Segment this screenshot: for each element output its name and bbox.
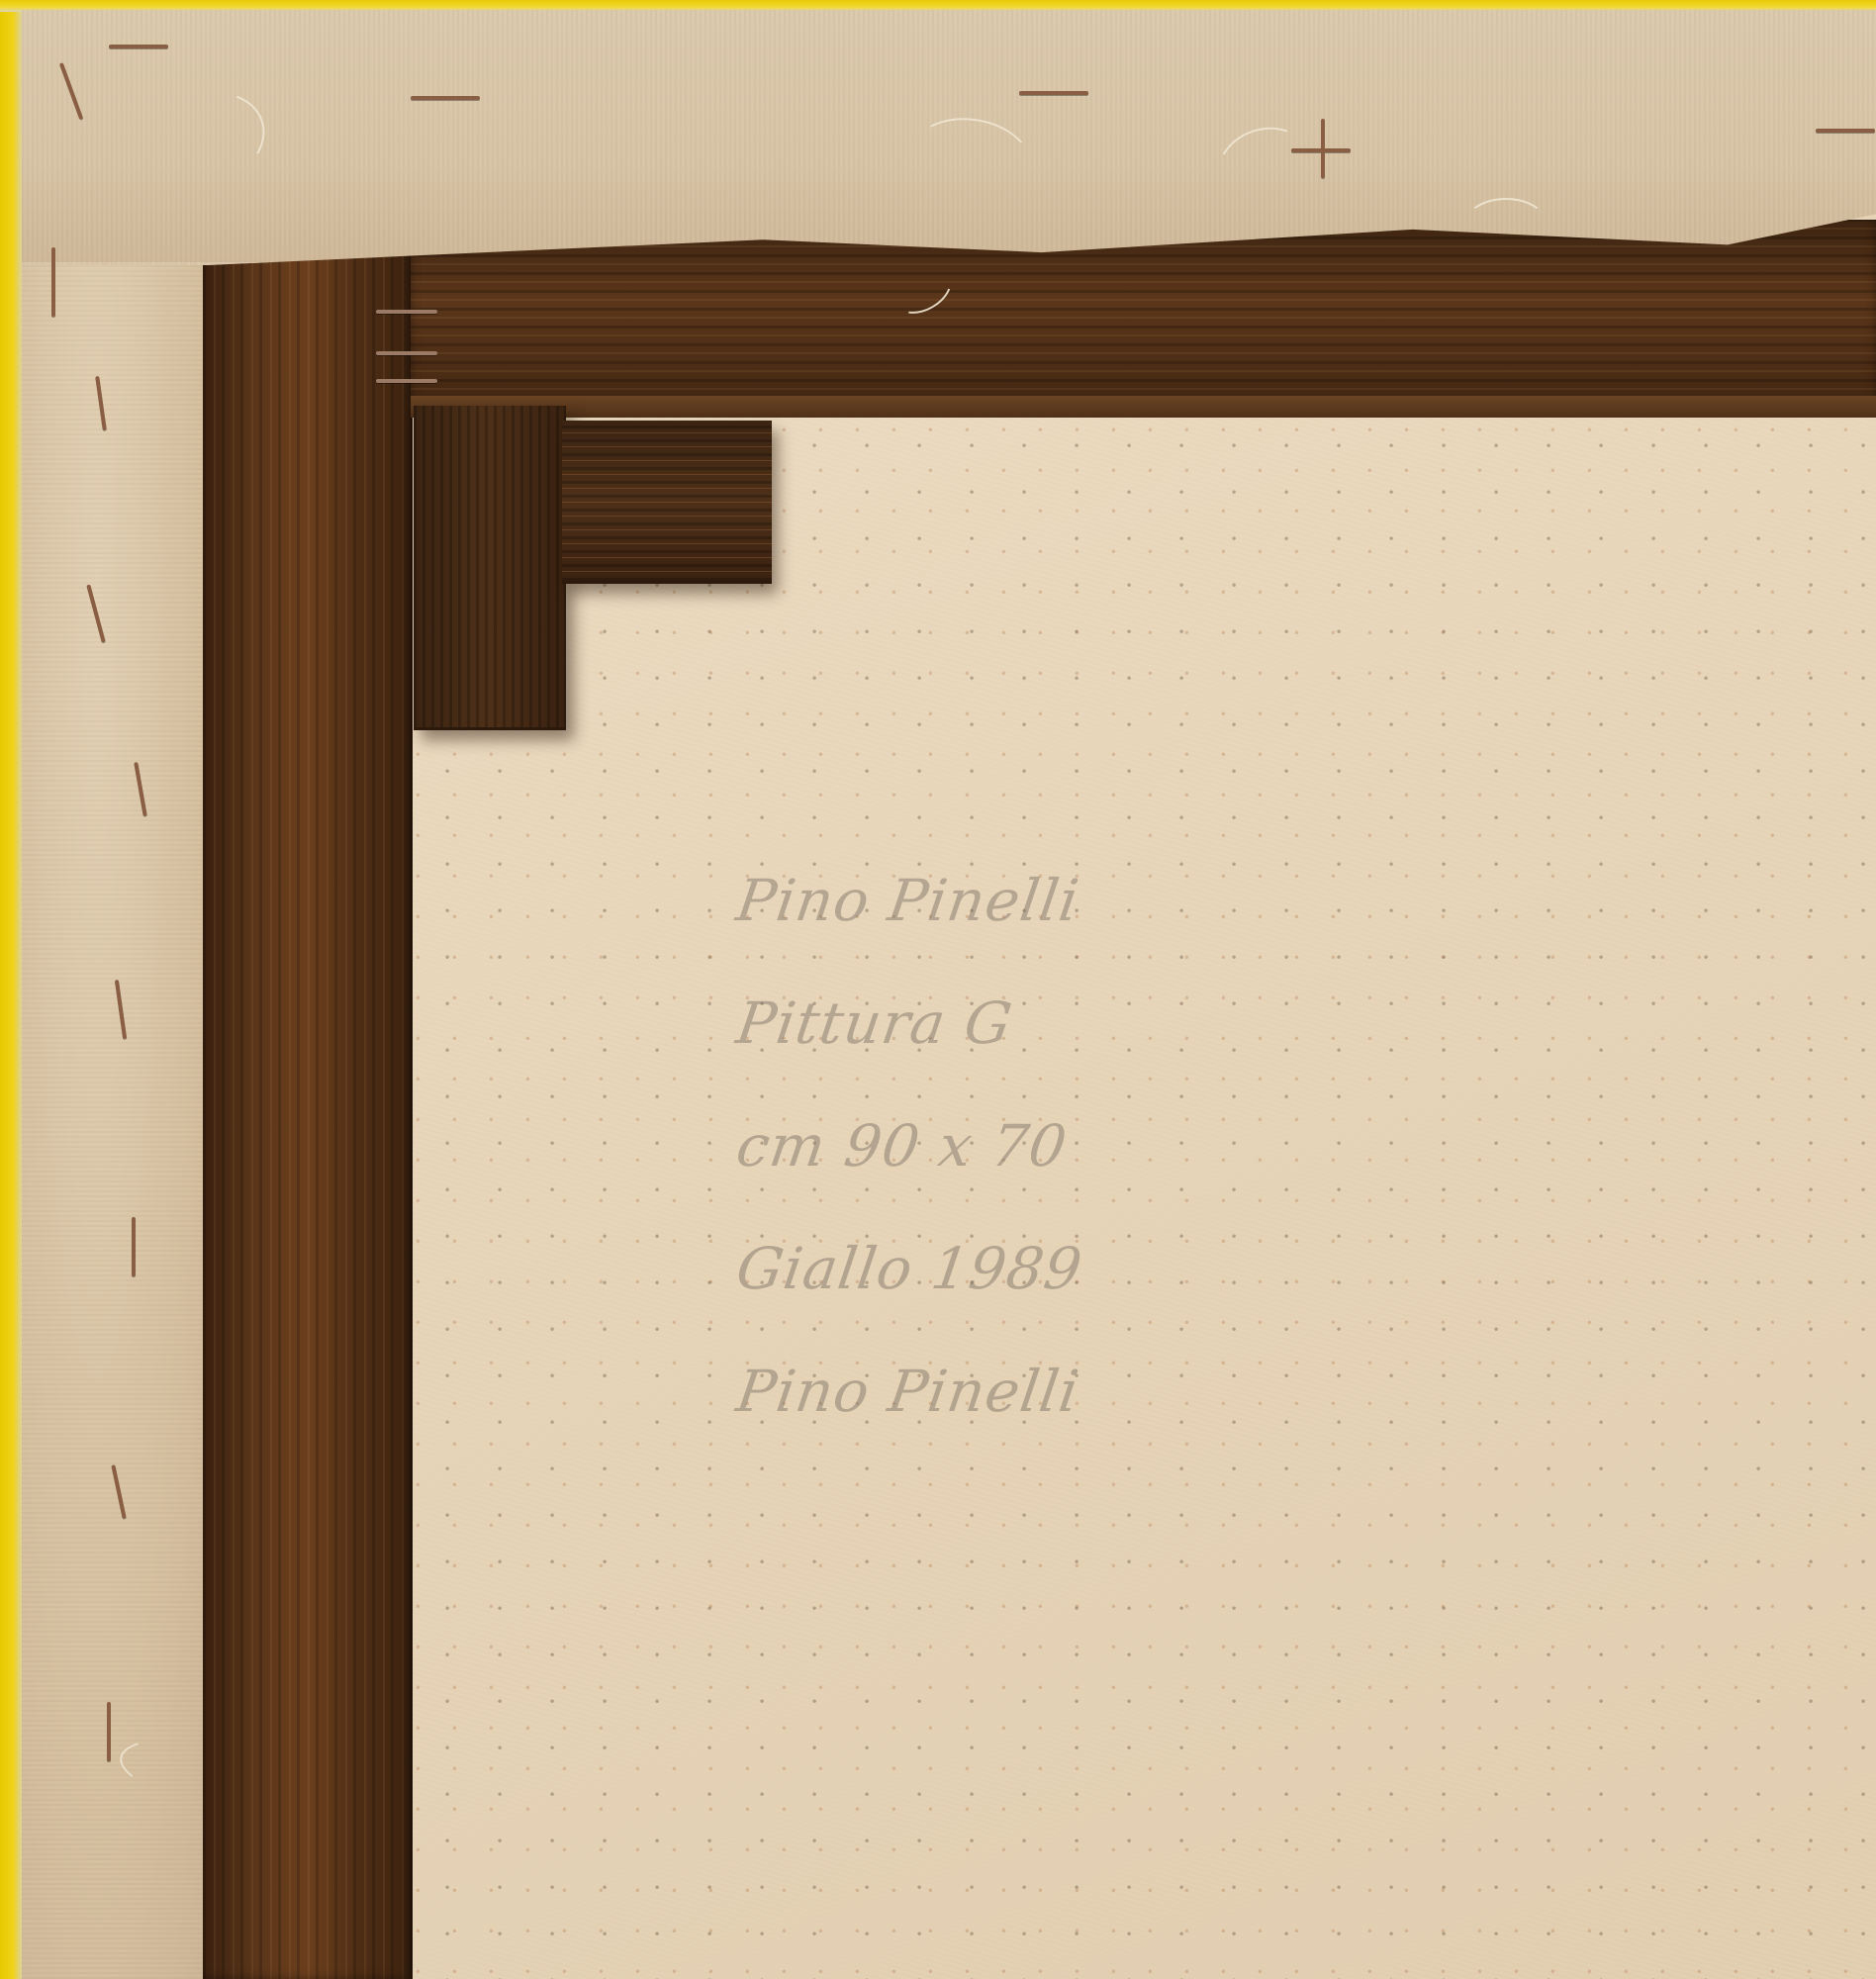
inscription-signature: Pino Pinelli [728,1330,1161,1453]
staple [376,310,437,314]
inscription-title: Pittura G [728,962,1161,1084]
inscription-dimensions: cm 90 x 70 [728,1084,1161,1207]
corner-key-vertical [414,406,566,730]
staple [109,45,168,48]
inscription-color-year: Giallo 1989 [728,1207,1161,1330]
staple [1019,91,1088,95]
yellow-painted-edge-left [0,0,24,1979]
pencil-inscription: Pino Pinelli Pittura G cm 90 x 70 Giallo… [737,839,1153,1453]
staple [376,351,437,355]
corner-key-horizontal [562,421,772,584]
stretcher-bar-vertical [203,220,413,1979]
stretcher-bar-horizontal [411,220,1876,418]
staple [51,247,55,317]
staple [107,1702,111,1761]
inscription-artist-name: Pino Pinelli [728,839,1161,962]
staple [411,96,480,100]
staple [376,379,437,383]
stretcher-bar-edge [411,396,1876,418]
staple [1321,119,1325,178]
thread [1464,198,1548,251]
staple [1816,129,1875,133]
staple [132,1217,136,1276]
